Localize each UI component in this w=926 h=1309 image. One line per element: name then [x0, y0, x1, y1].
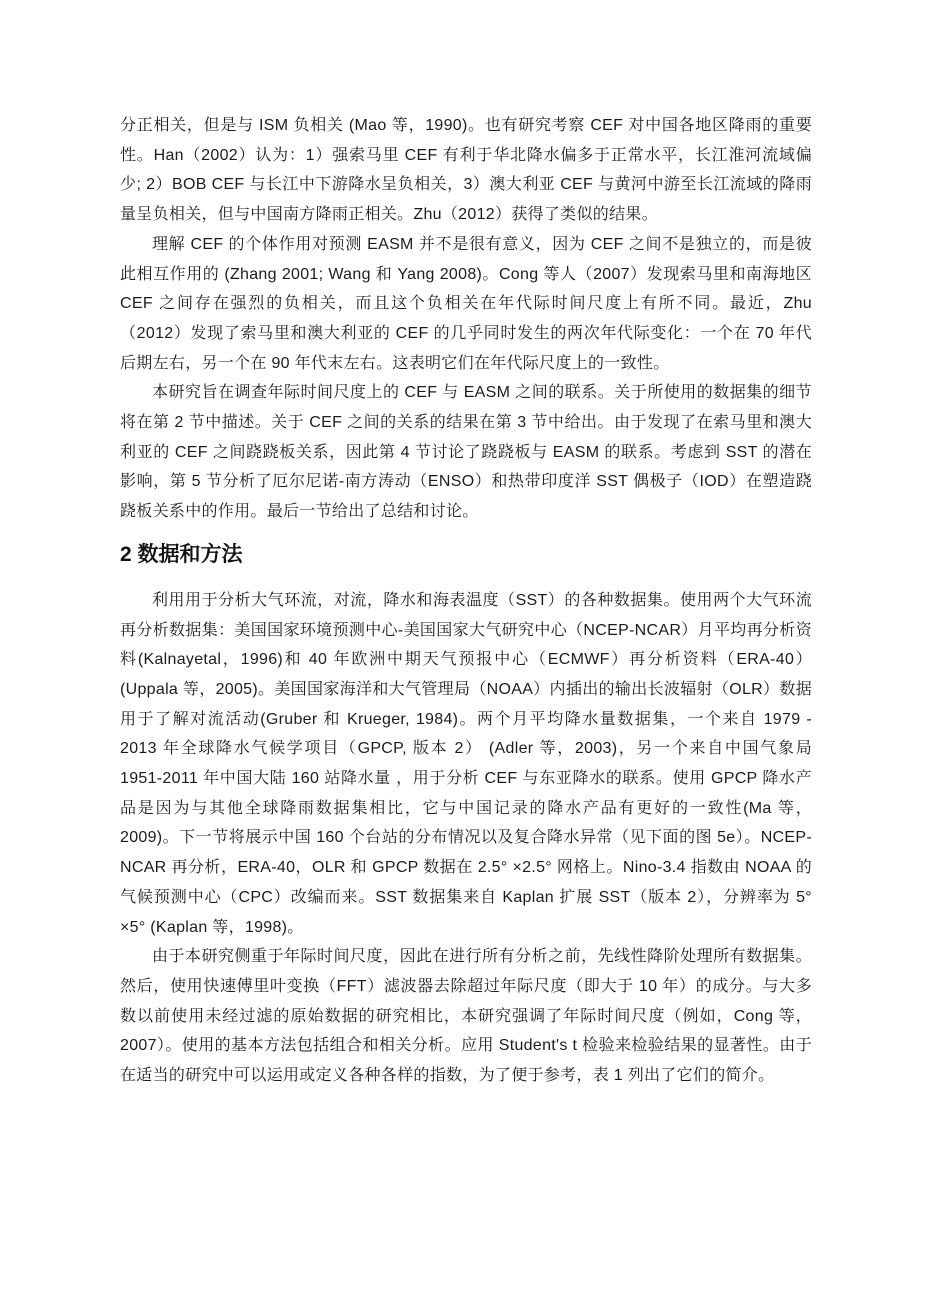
paragraph-continuation: 分正相关，但是与 ISM 负相关 (Mao 等，1990)。也有研究考察 CEF… — [120, 111, 812, 230]
section-heading-data-and-methods: 2 数据和方法 — [120, 540, 812, 570]
document-page: 分正相关，但是与 ISM 负相关 (Mao 等，1990)。也有研究考察 CEF… — [0, 0, 926, 1309]
paragraph-study-outline: 本研究旨在调查年际时间尺度上的 CEF 与 EASM 之间的联系。关于所使用的数… — [120, 378, 812, 527]
paragraph-cef-interaction: 理解 CEF 的个体作用对预测 EASM 并不是很有意义，因为 CEF 之间不是… — [120, 230, 812, 379]
paragraph-methods: 由于本研究侧重于年际时间尺度，因此在进行所有分析之前，先线性降阶处理所有数据集。… — [120, 942, 812, 1091]
paragraph-datasets: 利用用于分析大气环流，对流，降水和海表温度（SST）的各种数据集。使用两个大气环… — [120, 586, 812, 942]
